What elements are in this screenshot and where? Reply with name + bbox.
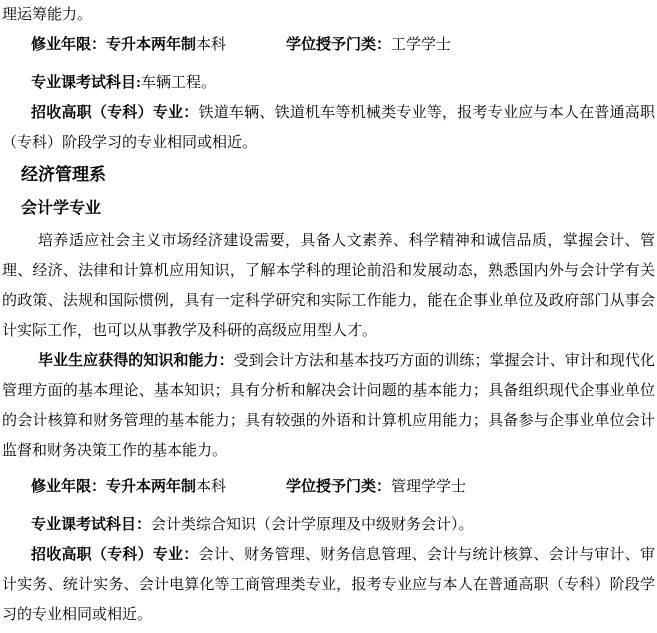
vehicle-exam-label: 专业课考试科目:: [31, 75, 141, 91]
accounting-skills-paragraph: 毕业生应获得的知识和能力：受到会计方法和基本技巧方面的训练；掌握会计、审计和现代…: [2, 346, 655, 466]
vehicle-exam-value: 车辆工程。: [141, 75, 216, 91]
document-body: 理运筹能力。 修业年限：专升本两年制本科学位授予门类：工学学士 专业课考试科目:…: [0, 0, 657, 630]
vehicle-exam-line: 专业课考试科目:车辆工程。: [2, 68, 655, 98]
accounting-duration-degree-line: 修业年限：专升本两年制本科学位授予门类：管理学学士: [2, 472, 655, 502]
accounting-duration-label: 修业年限：专升本两年制: [31, 479, 196, 495]
vehicle-duration-suffix: 本科: [196, 37, 226, 53]
accounting-skills-label: 毕业生应获得的知识和能力：: [38, 353, 234, 369]
accounting-exam-label: 专业课考试科目：: [31, 517, 151, 533]
accounting-exam-value: 会计类综合知识（会计学原理及中级财务会计）。: [151, 517, 474, 533]
accounting-admission-paragraph: 招收高职（专科）专业：会计、财务管理、财务信息管理、会计与统计核算、会计与审计、…: [2, 540, 655, 630]
vehicle-duration-label: 修业年限：专升本两年制: [31, 37, 196, 53]
accounting-degree-label: 学位授予门类：: [286, 479, 391, 495]
vehicle-degree-value: 工学学士: [391, 37, 451, 53]
vehicle-admission-paragraph: 招收高职（专科）专业：铁道车辆、铁道机车等机械类专业等，报考专业应与本人在普通高…: [2, 98, 655, 158]
paragraph-continuation: 理运筹能力。: [2, 0, 655, 30]
accounting-exam-line: 专业课考试科目：会计类综合知识（会计学原理及中级财务会计）。: [2, 510, 655, 540]
accounting-duration-suffix: 本科: [196, 479, 226, 495]
accounting-admission-label: 招收高职（专科）专业：: [31, 547, 198, 563]
major-heading: 会计学专业: [21, 194, 655, 224]
vehicle-admission-label: 招收高职（专科）专业：: [31, 105, 198, 121]
accounting-overview-paragraph: 培养适应社会主义市场经济建设需要，具备人文素养、科学精神和诚信品质，掌握会计、管…: [2, 226, 655, 346]
document-page: { "page": { "background_color": "#ffffff…: [0, 0, 657, 633]
department-heading: 经济管理系: [21, 160, 655, 190]
vehicle-degree-label: 学位授予门类：: [286, 37, 391, 53]
accounting-degree-value: 管理学学士: [391, 479, 466, 495]
vehicle-duration-degree-line: 修业年限：专升本两年制本科学位授予门类：工学学士: [2, 30, 655, 60]
